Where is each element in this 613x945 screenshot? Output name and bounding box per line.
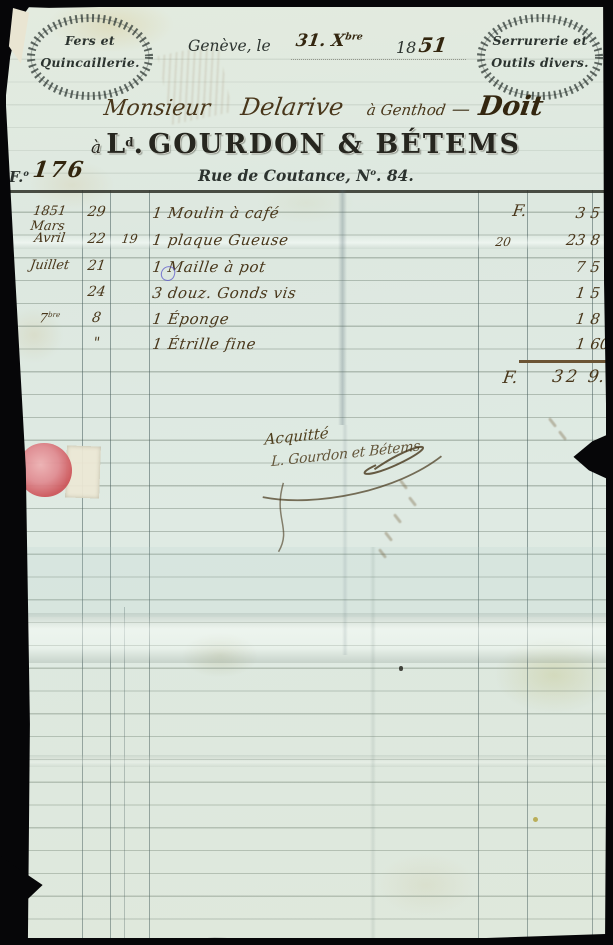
printed-city-date-label: Genève, le [188, 37, 271, 55]
cell-centimes: 5 [589, 258, 606, 276]
date-dotted-line [291, 59, 466, 60]
folio-label-sup: o [23, 168, 29, 178]
firm-name: GOURDON & BÉTEMS [148, 129, 521, 160]
written-day-month: 31. Xbre [295, 31, 364, 51]
cell-month: Juillet [16, 258, 84, 273]
addressee-place: à Genthod [365, 101, 446, 119]
ledger-row: " 1 Étrille fine 1 60 [6, 335, 606, 359]
addressee-line: Monsieur Delarive à Genthod — Doit [104, 91, 574, 122]
cell-francs: 1 [540, 310, 587, 328]
badge-left-line1: Fers et [24, 33, 156, 48]
cell-month: Avril [16, 231, 84, 246]
folio-label: F.o [9, 168, 29, 186]
cell-month: 1851 Mars [13, 204, 83, 234]
cell-day: 21 [77, 258, 115, 274]
firm-address-tail: . 84. [376, 166, 414, 185]
cell-centimes: 5 [589, 284, 606, 302]
addressee-salutation: Monsieur [102, 96, 211, 121]
firm-initial-dot: . [134, 129, 143, 160]
cell-description: 1 Éponge [151, 310, 230, 328]
ledger-row: Avril 22 19 1 plaque Gueuse 20 23 8 [6, 231, 606, 255]
firm-address-main: Rue de Coutance, N [198, 166, 370, 185]
cell-centimes: 8 [589, 310, 606, 328]
cell-description: 1 Moulin à café [151, 204, 280, 222]
cell-description: 1 Étrille fine [151, 335, 257, 353]
ledger-row: 7bre 8 1 Éponge 1 8 [6, 310, 606, 334]
badge-right-line2: Outils divers. [474, 55, 606, 70]
cell-francs: 7 [540, 258, 587, 276]
stain-speck [533, 817, 538, 822]
table-top-rule [6, 190, 606, 193]
firm-initial: L [106, 129, 125, 160]
receipt-annotation: Acquitté L. Gourdon et Bétems [237, 403, 480, 566]
ledger-row: 24 3 douz. Gonds vis 1 5 [6, 284, 606, 308]
addressee-name: Delarive [239, 93, 345, 121]
written-day-main: 31. X [295, 31, 346, 51]
cell-francs: 23 [540, 231, 587, 249]
cell-centimes: 5 [589, 204, 606, 222]
ledger-row: 1851 Mars 29 1 Moulin à café F. 3 5 [6, 204, 606, 228]
signature-flourish [239, 419, 480, 562]
total-rule [519, 360, 606, 363]
cell-month: 7bre [15, 310, 83, 326]
cell-description: 1 plaque Gueuse [151, 231, 290, 249]
firm-address: Rue de Coutance, No. 84. [6, 166, 606, 185]
cell-francs: 1 [540, 335, 587, 353]
written-year: 51 [417, 33, 448, 57]
firm-title: à Ld. GOURDON & BÉTEMS [6, 129, 606, 160]
total-francs: 32 [535, 367, 582, 387]
cell-qty: 20 [485, 235, 521, 249]
total-currency: F. [502, 368, 519, 388]
cell-day: 24 [77, 284, 115, 300]
cell-day: 8 [77, 310, 115, 326]
written-day-sup: bre [344, 31, 363, 42]
cell-currency-mark: F. [511, 201, 527, 220]
cell-francs: 1 [540, 284, 587, 302]
badge-left-line2: Quincaillerie. [24, 55, 156, 70]
cell-month-sup: bre [47, 310, 60, 319]
firm-initial-sup: d [125, 136, 133, 150]
cell-centimes: 60 [589, 335, 606, 353]
folio-number: 176 [31, 157, 87, 183]
ink-speck [399, 666, 403, 671]
badge-right-line1: Serrurerie et [474, 33, 606, 48]
cell-francs: 3 [540, 204, 587, 222]
total-centimes: 9. [587, 367, 606, 387]
cell-day: 29 [77, 204, 115, 220]
laurel-wreath-right: Serrurerie et Outils divers. [474, 11, 606, 103]
addressee-separator: — [451, 99, 472, 120]
printed-century: 18 [396, 38, 416, 57]
cell-centimes: 8 [589, 231, 606, 249]
cell-note: 19 [110, 231, 150, 246]
cell-day: " [77, 335, 115, 351]
doit-word: Doit [477, 91, 546, 122]
scanned-invoice-photo: { "page": { "background_color": "#08080a… [0, 0, 613, 945]
cell-description: 3 douz. Gonds vis [151, 284, 297, 302]
folio-label-main: F. [9, 168, 23, 186]
laurel-wreath-left: Fers et Quincaillerie. [24, 11, 156, 103]
column-rule-extra [124, 607, 125, 938]
ledger-row: Juillet 21 1 Maille à pot 7 5 [6, 258, 606, 282]
firm-prefix: à [91, 138, 101, 158]
